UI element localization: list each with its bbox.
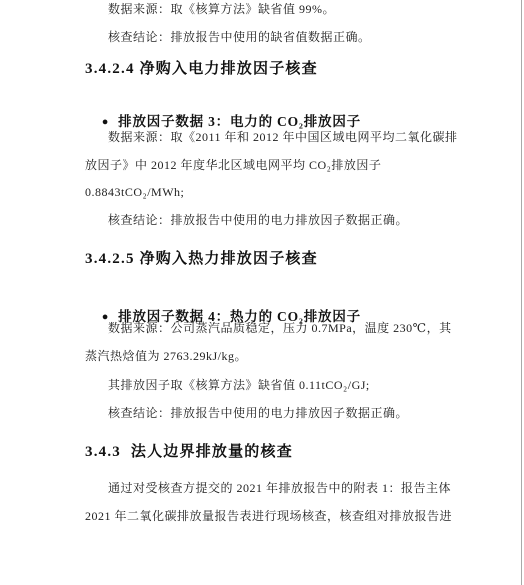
heat-source-line-1: 数据来源：公司蒸汽品质稳定，压力 0.7MPa，温度 230℃，其: [108, 321, 452, 336]
heat-conclusion-line: 核查结论：排放报告中使用的电力排放因子数据正确。: [108, 406, 408, 421]
electricity-factor-value-line: 0.8843tCO₂/MWh;: [85, 185, 184, 200]
heat-factor-value-line: 其排放因子取《核算方法》缺省值 0.11tCO₂/GJ;: [108, 378, 370, 393]
verification-conclusion-line: 核查结论：排放报告中使用的缺省值数据正确。: [108, 30, 371, 45]
section-heading-3-4-2-4: 3.4.2.4 净购入电力排放因子核查: [85, 60, 318, 78]
page-edge-line: [521, 0, 522, 585]
document-page: 数据来源：取《核算方法》缺省值 99%。 核查结论：排放报告中使用的缺省值数据正…: [0, 0, 524, 585]
electricity-conclusion-line: 核查结论：排放报告中使用的电力排放因子数据正确。: [108, 213, 408, 228]
boundary-body-line-2: 2021 年二氧化碳排放量报告表进行现场核查，核查组对排放报告进: [85, 509, 452, 524]
section-heading-3-4-2-5: 3.4.2.5 净购入热力排放因子核查: [85, 250, 318, 268]
data-source-line: 数据来源：取《核算方法》缺省值 99%。: [108, 2, 335, 17]
section-heading-3-4-3: 3.4.3 法人边界排放量的核查: [85, 443, 293, 461]
boundary-body-line-1: 通过对受核查方提交的 2021 年排放报告中的附表 1：报告主体: [108, 481, 451, 496]
electricity-source-line-1: 数据来源：取《2011 年和 2012 年中国区域电网平均二氧化碳排: [108, 130, 458, 145]
emission-factor-4-title: ●排放因子数据 4：热力的 CO₂排放因子: [85, 291, 361, 344]
electricity-source-line-2: 放因子》中 2012 年度华北区域电网平均 CO₂排放因子: [85, 158, 381, 173]
heat-source-line-2: 蒸汽热焓值为 2763.29kJ/kg。: [85, 349, 247, 364]
emission-factor-3-title-text: 排放因子数据 3：电力的 CO₂排放因子: [118, 114, 361, 129]
bullet-icon: ●: [102, 114, 109, 131]
